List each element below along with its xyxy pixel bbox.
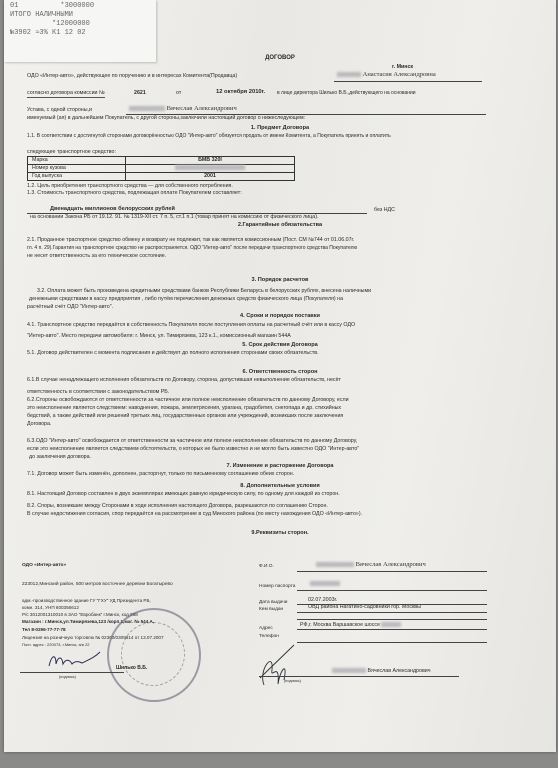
clause-1-1: 1.1. В соответствии с достигнутой сторон… [27, 133, 391, 140]
preamble-line-2-suffix: в лице директора Шилько В.Б.,действующег… [277, 90, 416, 97]
underline [297, 590, 487, 591]
signature-line [259, 676, 459, 677]
from-label: от [176, 90, 181, 97]
label-fio: Ф.И.О. [259, 563, 274, 570]
receipt-line: 01 *3000000 [10, 2, 150, 11]
preamble-line-1: ОДО «Интер-авто», действующее по поручен… [27, 73, 237, 80]
section-4-title: 4. Сроки и порядок поставки [4, 313, 556, 320]
section-1-title: 1. Предмет Договора [4, 125, 556, 132]
table-row: Номер кузова [28, 165, 295, 173]
table-row: Год выпуска 2001 [28, 173, 295, 181]
preamble-line-4: именуемый (ая) в дальнейшем Покупатель, … [27, 115, 305, 122]
section-5-title: 5. Срок действия Договора [4, 342, 556, 349]
buyer-address-text: РФ,г. Москва Варшавское шоссе [300, 622, 380, 628]
section-9-title: 9.Реквизиты сторон. [4, 530, 556, 537]
vat-note: без НДС [374, 207, 395, 214]
clause-1-3: 1.3. Стоимость транспортного средства, п… [27, 190, 242, 197]
section-6-title: 6. Ответственность сторон [4, 369, 556, 376]
seller-phone: Тел 8-0296-77-77-78 [22, 626, 66, 633]
redacted-vin [175, 165, 245, 170]
clause-4-1: "Интер-авто". Место передачи автомобиля:… [27, 333, 291, 340]
clause-6-1: ответственность в соответствии с законод… [27, 389, 169, 396]
buyer-passport [310, 581, 340, 588]
clause-2-1: не несет ответственность за его техничес… [27, 253, 166, 260]
vehicle-table: Марка БМВ 320I Номер кузова Год выпуска … [27, 156, 295, 181]
table-cell-value [126, 165, 295, 173]
table-cell-label: Год выпуска [28, 173, 126, 181]
underline [334, 81, 482, 82]
table-cell-value: БМВ 320I [126, 157, 295, 165]
label-address: Адрес [259, 625, 273, 632]
receipt-line: №3902 ≈3% К1 12 02 [10, 29, 150, 38]
sign-caption: (подпись) [284, 678, 301, 685]
clause-6-3: 6.3.ОДО "Интер-авто" освобождается от от… [27, 438, 357, 445]
clause-6-3: до заключения договора. [29, 454, 91, 461]
redacted-surname [337, 72, 361, 77]
seller-address: 223012,Минский район, 500 метров восточн… [22, 581, 173, 588]
preamble-line-3: Устава, с одной стороны,и [27, 107, 92, 114]
clause-8-2: 8.2. Споры, возникшие между Сторонами в … [27, 503, 328, 510]
receipt-line: *12000000 [10, 20, 150, 29]
clause-3-2: 3.2. Оплата может быть произведена креди… [37, 288, 371, 295]
underline [297, 612, 487, 613]
clause-3-2: денежными средствами в кассу предприятия… [29, 296, 343, 303]
section-2-title: 2.Гарантийные обязательства [4, 222, 556, 229]
table-row: Марка БМВ 320I [28, 157, 295, 165]
clause-4-1: 4.1. Транспортное средство передаётся в … [27, 322, 355, 329]
clause-6-2: это неисполнение является следствием: на… [27, 405, 341, 412]
clause-1-2: 1.2. Цель приобретения транспортного сре… [27, 183, 233, 190]
table-cell-value: 2001 [126, 173, 295, 181]
seller-signer: Шилько В.Б. [116, 665, 147, 672]
redacted-surname [129, 106, 165, 111]
clause-3-2: расчётный счёт ОДО "Интер-авто". [27, 304, 113, 311]
buyer-address: РФ,г. Москва Варшавское шоссе [300, 622, 401, 629]
seller-signature [44, 650, 104, 672]
seller-detail-line: комн. 314, УНП 600356612 [22, 604, 79, 611]
clause-6-3: если это неисполнение является следствие… [27, 446, 359, 453]
clause-2-1: гл. 4 п. 29).Гарантия на транспортное ср… [27, 245, 357, 252]
buyer-signer-text: Вячеслав Александрович [367, 668, 430, 674]
city: г. Минск [392, 64, 413, 71]
redacted-surname [332, 668, 366, 673]
clause-6-2: бедствий, а также действий или решений т… [27, 413, 343, 420]
section-3-title: 3. Порядок расчетов [4, 277, 556, 284]
clause-5-1: 5.1. Договор действителен с момента подп… [27, 350, 319, 357]
seller-detail-line: Почт. адрес : 220073, г.Минск, а/я 22 [22, 641, 90, 648]
buyer-name-text: Вячеслав Александрович [167, 105, 237, 112]
receipt-line: ИТОГО НАЛИЧНЫМИ [10, 11, 150, 20]
buyer-name: Вячеслав Александрович [129, 105, 237, 112]
redacted-surname [316, 562, 354, 567]
table-cell-label: Марка [28, 157, 126, 165]
price-in-words: Двенадцать миллионов белорусских рублей [50, 206, 175, 213]
label-issue-date: Дата выдачи [259, 599, 288, 606]
buyer-signer: Вячеслав Александрович [332, 668, 430, 675]
legal-basis: на основании Закона РБ от 19.12. 91. № 1… [30, 214, 318, 221]
contract-page: 01 *3000000 ИТОГО НАЛИЧНЫМИ *12000000 №3… [4, 0, 556, 752]
seller-company: ОДО «Интер-авто» [22, 562, 66, 569]
table-cell-label: Номер кузова [28, 165, 126, 173]
label-issued-by: Кем выдан [259, 606, 283, 613]
clause-2-1: 2.1. Проданное траспортное средство обме… [27, 237, 354, 244]
seller-name: Анастасия Александровна [337, 71, 436, 78]
buyer-fio: Вячеслав Александрович [316, 561, 426, 568]
buyer-issue-date: 02.07.2003г. [308, 597, 337, 604]
seller-name-text: Анастасия Александровна [363, 71, 436, 78]
seller-detail-line: адм.-производственное здание ГУ "ГХУ" УД… [22, 597, 151, 604]
document-title: ДОГОВОР [4, 55, 556, 62]
section-7-title: 7. Изменение и расторжение Договора [4, 463, 556, 470]
clause-7-1: 7.1. Договор может быть изменён, дополне… [27, 471, 294, 478]
underline [297, 571, 487, 572]
contract-date: 12 октября 2010г. [216, 89, 265, 96]
signature-line [20, 672, 124, 673]
clause-6-2: Договора. [27, 421, 51, 428]
label-phone: Телефон [259, 633, 279, 640]
redacted-passport [310, 581, 340, 586]
clause-8-1: 8.1. Настоящий Договор составлен в двух … [27, 491, 340, 498]
clause-6-2: 6.2.Стороны освобождаются от ответственн… [27, 397, 349, 404]
buyer-fio-text: Вячеслав Александрович [356, 561, 426, 568]
clause-6-1: 6.1.В случае ненадлежащего исполнения об… [27, 377, 341, 384]
underline [297, 629, 487, 630]
redacted-house [381, 622, 401, 627]
seller-detail-line: Р/с 3012001310010 в ЗАО "Евробанк" г.Мин… [22, 611, 138, 618]
company-stamp [107, 608, 201, 702]
preamble-line-2-prefix: согласно договора комиссии № [27, 90, 105, 98]
underline [297, 619, 487, 620]
underline [297, 642, 487, 643]
cash-receipt: 01 *3000000 ИТОГО НАЛИЧНЫМИ *12000000 №3… [4, 0, 156, 62]
section-8-title: 8. Дополнительные условия [4, 483, 556, 490]
buyer-issued-by: ОВД района Нагатино-садовники гор. Москв… [308, 604, 421, 611]
label-passport: Номер паспорта [259, 583, 295, 590]
contract-number: 2621 [134, 90, 146, 97]
sign-caption: (подпись) [59, 674, 76, 681]
clause-8-2: В случае недостижения согласия, спор пер… [27, 511, 362, 518]
